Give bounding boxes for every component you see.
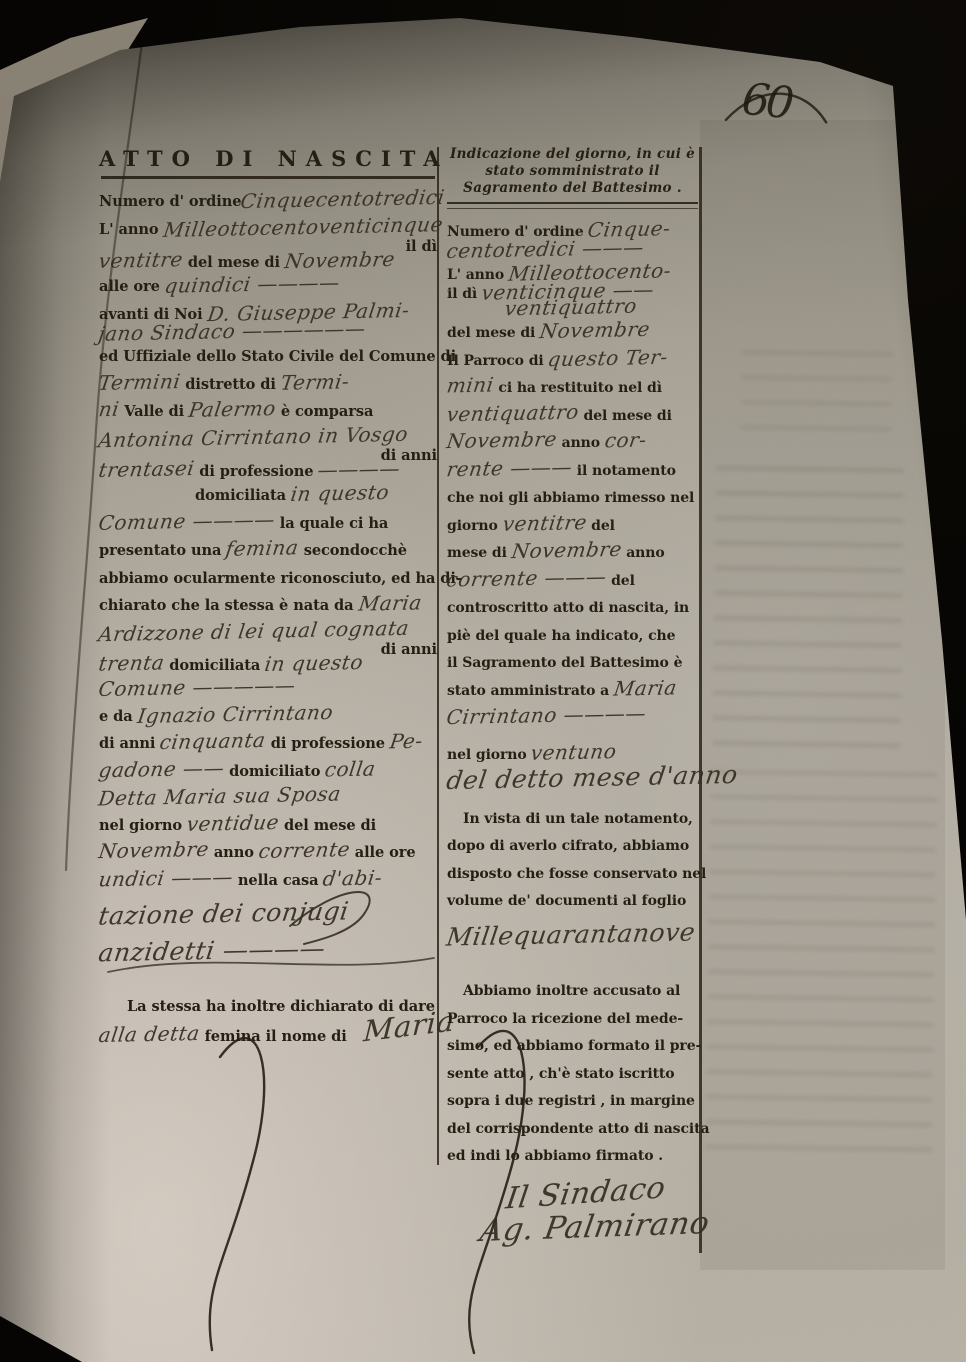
printed-text: il dì (447, 286, 482, 302)
handwritten-text: Termini (97, 371, 181, 393)
text-line: volume de' documenti al foglio (447, 887, 698, 915)
handwritten-text: cor- (603, 430, 647, 451)
handwritten-text: in questo (289, 482, 390, 504)
text-line: controscritto atto di nascita, in (447, 594, 698, 622)
folio-flourish (720, 78, 846, 150)
baptism-column-header: Indicazione del giorno, in cui è stato s… (447, 146, 698, 197)
text-line: di anni cinquanta di professione Pe- (99, 730, 437, 758)
text-line: dopo di averlo cifrato, abbiamo (447, 832, 698, 860)
handwritten-text: colla (324, 758, 377, 779)
text-line: In vista di un tale notamento, (447, 805, 698, 833)
handwritten-text: Palermo (188, 398, 278, 420)
text-line: Novembre anno corrente alle ore (99, 839, 437, 867)
folio-number: 60 (739, 74, 792, 130)
printed-text: nella casa (233, 872, 324, 889)
text-line: gadone —— domiciliato colla (99, 758, 437, 786)
handwritten-text: centotredici ——— (445, 236, 645, 260)
handwritten-text: corrente (257, 839, 351, 861)
handwritten-text: ventidue (186, 812, 281, 834)
text-line: nel giorno ventidue del mese di (99, 812, 437, 840)
printed-text: femina il nome di (200, 1028, 352, 1045)
text-line: Ag. Palmirano (447, 1217, 698, 1246)
handwritten-text: tazione dei conjugi (97, 901, 350, 926)
text-line: stato amministrato a Maria (447, 677, 698, 705)
printed-text: chiarato che la stessa è nata da (99, 597, 359, 614)
handwritten-text: Il Sindaco (505, 1178, 667, 1209)
text-line: trentasei di professione ———— (99, 459, 437, 482)
printed-text: Abbiamo inoltre accusato al (463, 983, 680, 999)
ink-bleedthrough (705, 770, 936, 1163)
printed-text: anno (209, 844, 259, 861)
handwritten-text: quindici ———— (163, 272, 341, 296)
header-double-rule (447, 202, 698, 209)
handwritten-text: Novembre (97, 839, 210, 861)
printed-text: del mese di (183, 254, 285, 271)
printed-text: che noi gli abbiamo rimesso nel (447, 490, 694, 506)
handwritten-text: questo Ter- (547, 346, 670, 369)
printed-text: di professione (194, 463, 318, 480)
handwritten-text: anzidetti ———— (97, 938, 326, 963)
handwritten-text: undici ——— (97, 866, 234, 889)
printed-text: stato amministrato a (447, 683, 614, 699)
handwritten-text: Ardizzone di lei qual cognata (97, 617, 410, 643)
photographed-register-page: 60 ATTO DI NASCITA Numero d' ordineCinqu… (0, 0, 966, 1362)
text-line: Abbiamo inoltre accusato al (447, 977, 698, 1005)
handwritten-text: Novembre (510, 539, 623, 561)
text-line: e da Ignazio Cirrintano (99, 703, 437, 731)
printed-text: di professione (266, 735, 390, 752)
printed-text: Parroco la ricezione del mede- (447, 1011, 683, 1027)
handwritten-text: Pe- (389, 731, 425, 752)
text-line: sopra i due registri , in margine (447, 1087, 698, 1115)
handwritten-text: d'abi- (322, 867, 384, 888)
text-line: ventitre del mese di Novembre (99, 250, 437, 273)
handwritten-text: Cinquecentotredici (240, 187, 447, 211)
printed-text: il dì (406, 238, 437, 255)
printed-text: ed indi lo abbiamo firmato . (447, 1148, 663, 1164)
column-right-rule (699, 147, 702, 1253)
handwritten-text: trenta (98, 652, 166, 673)
handwritten-text: ventuno (530, 741, 618, 763)
printed-text: domiciliata (164, 657, 265, 674)
printed-text: domiciliato (224, 763, 325, 780)
handwritten-text: Novembre (283, 249, 396, 271)
text-line: Comune ————— (99, 676, 437, 703)
printed-text: In vista di un tale notamento, (463, 811, 693, 827)
text-line: sente atto , ch'è stato iscritto (447, 1060, 698, 1088)
handwritten-text: Termi- (279, 371, 350, 392)
printed-text: nel giorno (447, 747, 531, 763)
text-line: Il Parroco di questo Ter- (447, 347, 698, 375)
handwritten-text: Ag. Palmirano (479, 1213, 711, 1241)
printed-text: è comparsa (276, 403, 373, 420)
printed-text: alle ore (99, 278, 165, 295)
document-title: ATTO DI NASCITA (99, 146, 437, 171)
printed-text: anno (621, 545, 664, 561)
handwritten-text: Detta Maria sua Sposa (97, 783, 342, 808)
ink-bleedthrough (712, 467, 904, 770)
text-line: alla detta femina il nome di Maria (99, 1021, 437, 1051)
text-line: piè del quale ha indicato, che (447, 622, 698, 650)
text-line: ventiquattro del mese di (447, 402, 698, 430)
text-line: il Sagramento del Battesimo è (447, 649, 698, 677)
printed-text: piè del quale ha indicato, che (447, 628, 675, 644)
handwritten-text: femina (225, 537, 300, 559)
text-line: alle ore quindici ———— (99, 273, 437, 301)
text-line: Termini distretto di Termi- (99, 371, 437, 399)
printed-text: sopra i due registri , in margine (447, 1093, 695, 1109)
handwritten-text: Novembre (539, 319, 652, 341)
handwritten-text: cinquanta (159, 730, 268, 752)
handwritten-text: rente ——— (445, 456, 573, 479)
baptism-note-text: Numero d' ordine Cinque-centotredici ———… (447, 218, 698, 1246)
handwritten-text: Antonina Cirrintano in Vosgo (97, 423, 409, 449)
printed-text: di anni (381, 641, 437, 658)
text-line: Numero d' ordineCinquecentotredici (99, 188, 437, 216)
handwritten-text: Comune ————— (97, 675, 297, 699)
handwritten-text: ni (98, 399, 121, 419)
text-line: ed Uffiziale dello Stato Civile del Comu… (99, 343, 437, 371)
text-line: del corrispondente atto di nascita (447, 1115, 698, 1143)
text-line: simo, ed abbiamo formato il pre- (447, 1032, 698, 1060)
handwritten-text: in questo (264, 652, 365, 674)
text-line: corrente ——— del (447, 567, 698, 595)
handwritten-text: ventiquattro (445, 401, 580, 424)
printed-text: L' anno (99, 221, 164, 238)
printed-text: ed Uffiziale dello Stato Civile del Comu… (99, 348, 456, 365)
handwritten-text: Ignazio Cirrintano (136, 701, 334, 725)
printed-text: presentato una (99, 542, 226, 559)
printed-text: giorno (447, 518, 503, 534)
text-line: Cirrintano ———— (447, 704, 698, 731)
printed-text: il notamento (572, 463, 676, 479)
text-line: abbiamo ocularmente riconosciuto, ed ha … (99, 565, 437, 593)
printed-text: Valle di (119, 403, 189, 420)
text-line: domiciliata in questo (99, 482, 437, 510)
handwritten-text: ———— (317, 458, 402, 480)
handwritten-text: ventiquattro (503, 296, 638, 319)
text-line: Parroco la ricezione del mede- (447, 1005, 698, 1033)
text-line: Detta Maria sua Sposa (99, 785, 437, 812)
printed-text: anno (557, 435, 605, 451)
handwritten-text: Maria (612, 677, 678, 698)
printed-text: disposto che fosse conservato nel (447, 866, 706, 882)
printed-text: del (586, 518, 615, 534)
printed-text: sente atto , ch'è stato iscritto (447, 1066, 675, 1082)
handwritten-text: Comune ———— (97, 509, 276, 533)
printed-text: del mese di (279, 817, 376, 834)
printed-text: ci ha restituito nel dì (494, 380, 662, 396)
text-line: presentato una femina secondocchè (99, 537, 437, 565)
text-line: mini ci ha restituito nel dì (447, 374, 698, 402)
text-line: del detto mese d'anno (447, 768, 698, 795)
handwritten-text: del detto mese d'anno (445, 765, 739, 791)
title-rule (101, 176, 435, 179)
text-line: disposto che fosse conservato nel (447, 860, 698, 888)
printed-text: nel giorno (99, 817, 187, 834)
baptism-note-column: Indicazione del giorno, in cui è stato s… (447, 146, 698, 1246)
text-line: tazione dei conjugi (99, 904, 437, 931)
printed-text: mese di (447, 545, 512, 561)
handwritten-text: corrente ——— (445, 566, 608, 589)
printed-text: distretto di (180, 376, 281, 393)
printed-text: del corrispondente atto di nascita (447, 1121, 709, 1137)
printed-text: secondocchè (299, 542, 407, 559)
handwritten-text: Millequarantanove (445, 922, 696, 947)
birth-act-text: Numero d' ordineCinquecentotrediciL' ann… (99, 188, 437, 1050)
handwritten-text: Maria (363, 1010, 455, 1041)
text-line: del mese di Novembre (447, 319, 698, 347)
document-page: 60 ATTO DI NASCITA Numero d' ordineCinqu… (0, 0, 966, 1362)
printed-text: del mese di (579, 408, 672, 424)
printed-text: abbiamo ocularmente riconosciuto, ed ha … (99, 570, 462, 587)
printed-text: simo, ed abbiamo formato il pre- (447, 1038, 701, 1054)
text-line: ed indi lo abbiamo firmato . (447, 1142, 698, 1170)
text-line: Millequarantanove (447, 925, 698, 952)
printed-text: alle ore (350, 844, 416, 861)
birth-act-column: ATTO DI NASCITA Numero d' ordineCinquece… (99, 146, 437, 1050)
printed-text: Il Parroco di (447, 353, 548, 369)
printed-text: del mese di (447, 325, 540, 341)
printed-text: volume de' documenti al foglio (447, 893, 686, 909)
ink-bleedthrough (741, 351, 892, 439)
printed-text: del (606, 573, 635, 589)
handwritten-text: jano Sindaco —————— (97, 318, 367, 344)
handwritten-text: mini (446, 375, 496, 396)
printed-text: e da (99, 708, 138, 725)
printed-text: di anni (99, 735, 160, 752)
text-line: Novembre anno cor- (447, 429, 698, 457)
printed-text: la quale ci ha (275, 515, 388, 532)
handwritten-text: ventitre (501, 512, 588, 534)
text-line: L' anno Milleottocentoventicinque (99, 216, 437, 244)
printed-text: dopo di averlo cifrato, abbiamo (447, 838, 689, 854)
text-line: rente ——— il notamento (447, 457, 698, 485)
handwritten-text: trentasei (97, 458, 195, 480)
text-line: giorno ventitre del (447, 512, 698, 540)
handwritten-text: Novembre (445, 429, 558, 451)
handwritten-text: Cirrintano ———— (445, 703, 647, 727)
printed-text: Numero d' ordine (99, 193, 241, 210)
text-line: anzidetti ———— (99, 941, 437, 968)
handwritten-text: alla detta (97, 1022, 201, 1044)
handwritten-text: ventitre (97, 249, 184, 271)
handwritten-text: gadone —— (97, 757, 225, 780)
printed-text: controscritto atto di nascita, in (447, 600, 689, 616)
text-line: che noi gli abbiamo rimesso nel (447, 484, 698, 512)
text-line: Comune ———— la quale ci ha (99, 510, 437, 538)
text-line: mese di Novembre anno (447, 539, 698, 567)
text-line: undici ——— nella casa d'abi- (99, 867, 437, 895)
printed-text: il Sagramento del Battesimo è (447, 655, 682, 671)
handwritten-text: Milleottocentoventicinque (162, 214, 444, 240)
handwritten-text: Maria (357, 592, 423, 613)
printed-text: domiciliata (195, 487, 291, 504)
